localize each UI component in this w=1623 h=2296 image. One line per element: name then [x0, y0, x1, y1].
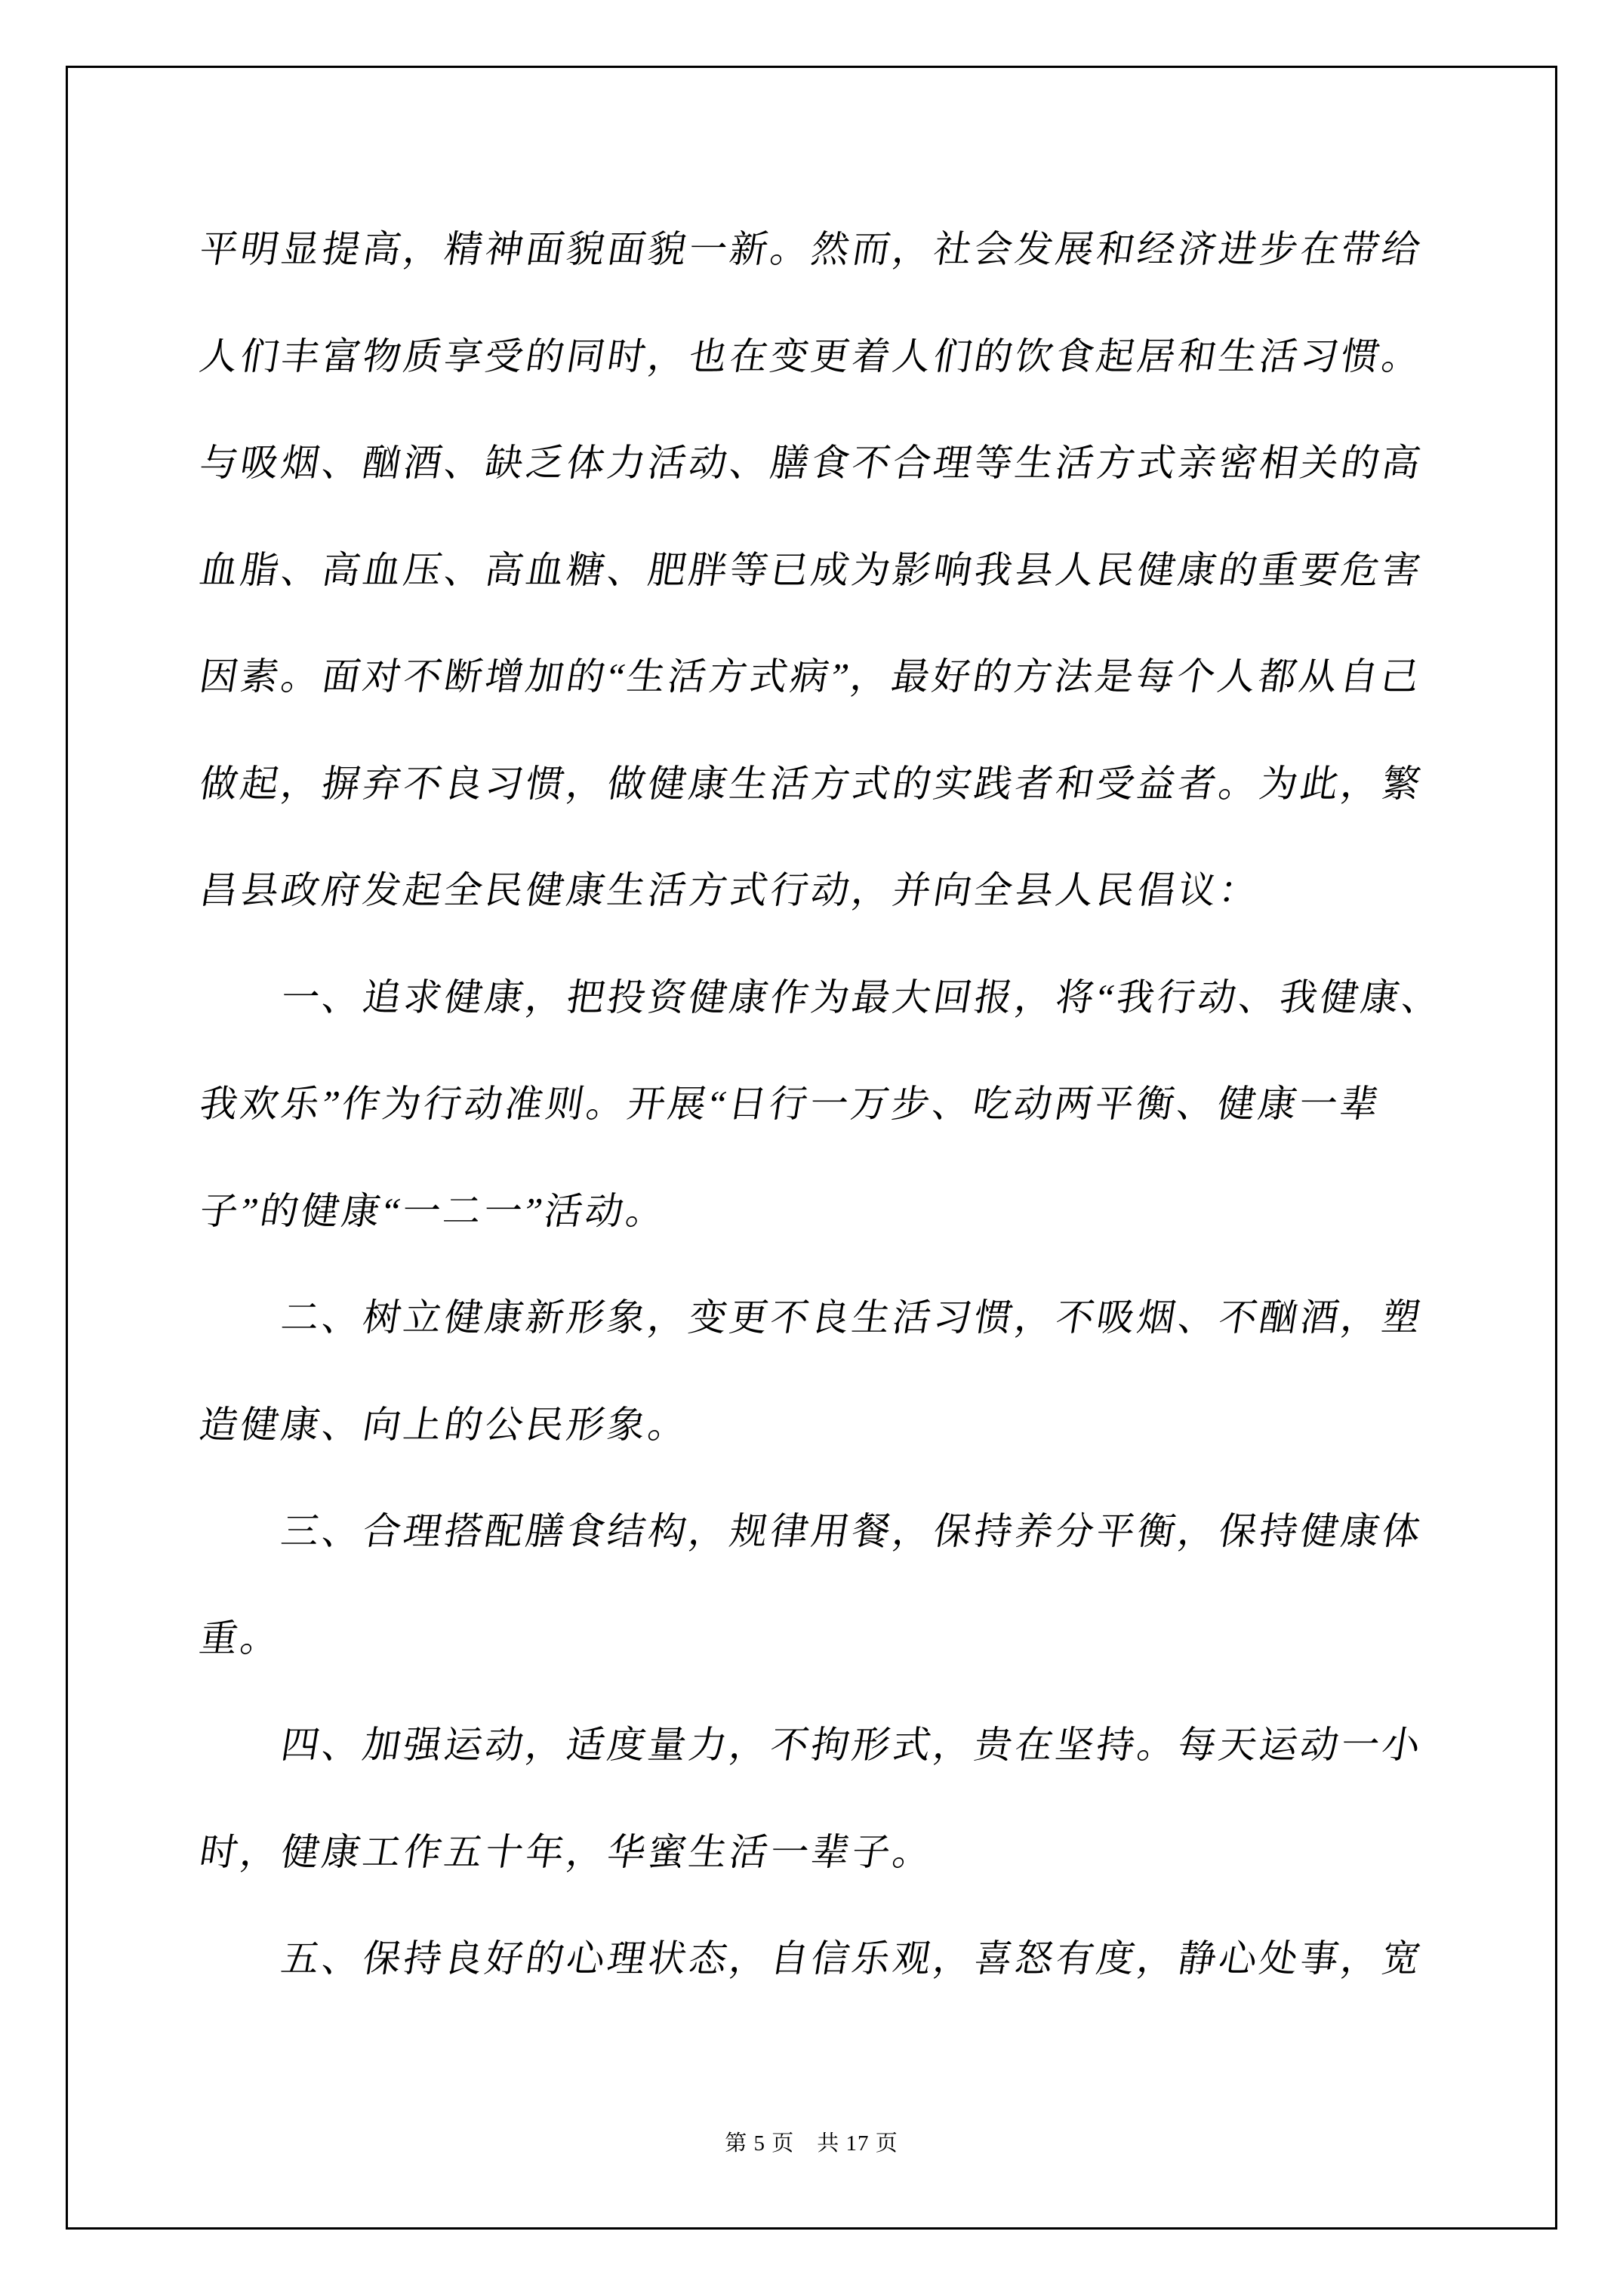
text-line: 我欢乐”作为行动准则。开展“日行一万步、吃动两平衡、健康一辈: [192, 1051, 1450, 1158]
text-line: 三、合理搭配膳食结构，规律用餐，保持养分平衡，保持健康体: [192, 1478, 1450, 1586]
text-line: 与吸烟、酗酒、缺乏体力活动、膳食不合理等生活方式亲密相关的高: [192, 410, 1450, 517]
text-line: 因素。面对不断增加的“生活方式病”，最好的方法是每个人都从自己: [192, 624, 1450, 731]
text-line: 五、保持良好的心理状态，自信乐观，喜怒有度，静心处事，宽: [192, 1906, 1450, 2013]
text-line: 昌县政府发起全民健康生活方式行动，并向全县人民倡议：: [192, 837, 1450, 945]
text-line: 血脂、高血压、高血糖、肥胖等已成为影响我县人民健康的重要危害: [192, 517, 1450, 624]
document-page: { "colors": { "background": "#ffffff", "…: [0, 0, 1623, 2296]
text-line: 子”的健康“一二一”活动。: [192, 1158, 1450, 1265]
page-number-footer: 第 5 页 共 17 页: [0, 2126, 1623, 2157]
document-text-block: 平明显提高，精神面貌面貌一新。然而，社会发展和经济进步在带给 人们丰富物质享受的…: [200, 196, 1442, 2013]
text-line: 造健康、向上的公民形象。: [192, 1372, 1450, 1479]
text-line: 做起，摒弃不良习惯，做健康生活方式的实践者和受益者。为此，繁: [192, 731, 1450, 838]
text-line: 一、追求健康，把投资健康作为最大回报，将“我行动、我健康、: [192, 945, 1450, 1052]
text-line: 二、树立健康新形象，变更不良生活习惯，不吸烟、不酗酒，塑: [192, 1265, 1450, 1372]
text-line: 重。: [192, 1586, 1450, 1693]
text-line: 人们丰富物质享受的同时，也在变更着人们的饮食起居和生活习惯。: [192, 304, 1450, 411]
text-line: 四、加强运动，适度量力，不拘形式，贵在坚持。每天运动一小: [192, 1692, 1450, 1799]
text-line: 时，健康工作五十年，华蜜生活一辈子。: [192, 1799, 1450, 1906]
text-line: 平明显提高，精神面貌面貌一新。然而，社会发展和经济进步在带给: [192, 196, 1450, 304]
